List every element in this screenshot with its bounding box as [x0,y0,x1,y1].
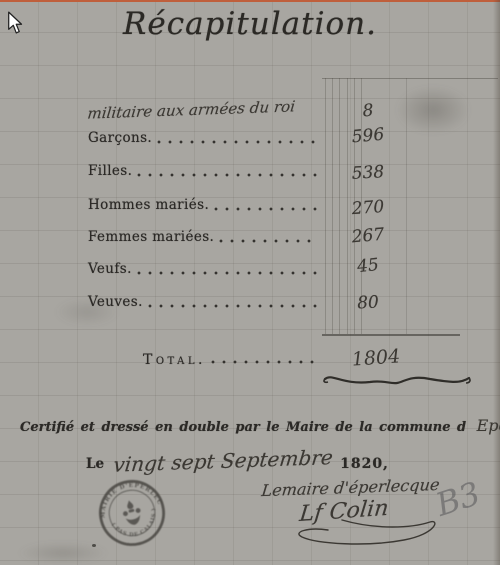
total-row: Total. [143,352,322,368]
stamp-bottom-text: ( PAS DE CALAIS ) [108,506,162,543]
table-row: Femmes mariées. [88,229,322,247]
dot-leader [148,303,318,309]
column-rule [406,78,407,334]
row-value: 267 [339,224,397,249]
row-value: 596 [339,124,397,149]
certification-line: Certifié et dressé en double par le Mair… [20,416,494,435]
column-rule [325,78,326,334]
date-line: Le vingt sept Septembre 1820, [86,449,389,473]
table-row: Veufs. [88,261,322,279]
ink-dot [92,544,96,547]
row-value: 538 [340,162,397,185]
page-right-edge-shadow [493,0,500,565]
stamp-coat-of-arms [120,498,143,527]
page-title: Récapitulation. [0,6,500,42]
row-value: 80 [340,292,397,315]
row-label: Femmes mariées. [88,229,214,245]
signature-flourish [282,514,442,554]
table-row: Veuves. [88,294,322,312]
top-border-line [0,0,500,2]
row-label: Veufs. [88,261,132,277]
row-value: 45 [339,253,397,279]
row-value: 8 [339,99,396,123]
table-row: Garçons. [88,130,322,148]
row-label: Veuves. [88,294,143,310]
total-overline [322,334,460,336]
total-brace-flourish [322,372,472,390]
row-label: Garçons. [88,130,152,146]
mayor-title-handwritten: Lemaire d'éperlecque [261,475,441,500]
row-label: Hommes mariés. [88,197,209,213]
dot-leader [211,359,318,365]
scanned-census-document: Récapitulation. militaire aux armées du … [0,0,500,565]
date-prefix: Le [86,456,104,472]
column-rule [332,78,333,334]
total-label: Total. [143,352,206,368]
row-value: 270 [339,196,396,220]
dot-leader [157,139,318,145]
ink-smudge [396,86,470,134]
dot-leader [214,206,318,212]
dot-leader [137,172,318,178]
table-row-label: militaire aux armées du roi [87,97,296,122]
table-row: Hommes mariés. [88,197,322,215]
total-value: 1804 [343,345,408,371]
dot-leader [137,270,318,276]
dot-leader [219,238,318,244]
svg-text:( PAS DE CALAIS ): ( PAS DE CALAIS ) [108,506,162,543]
row-label: Filles. [88,163,132,179]
commune-name-handwritten: Eperlecque [477,416,500,435]
certification-printed-text: Certifié et dressé en double par le Mair… [20,420,466,435]
column-rule-top [322,78,498,79]
date-year: 1820, [340,456,389,472]
table-row: Filles. [88,163,322,181]
